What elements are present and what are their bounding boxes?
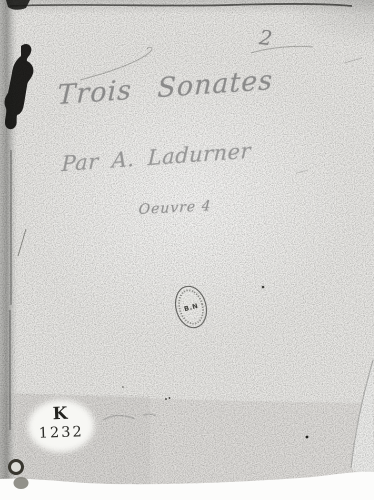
scanned-cover-page: B.N Trois Sonates Par A. Ladurner Oeuvre… (0, 0, 374, 500)
shelfmark-letter: K (21, 403, 100, 426)
binding-hole (10, 461, 23, 474)
binding-hole-shadow (14, 477, 29, 489)
shelfmark-number: 1232 (22, 424, 101, 443)
shelfmark-label: K 1232 (21, 397, 101, 458)
